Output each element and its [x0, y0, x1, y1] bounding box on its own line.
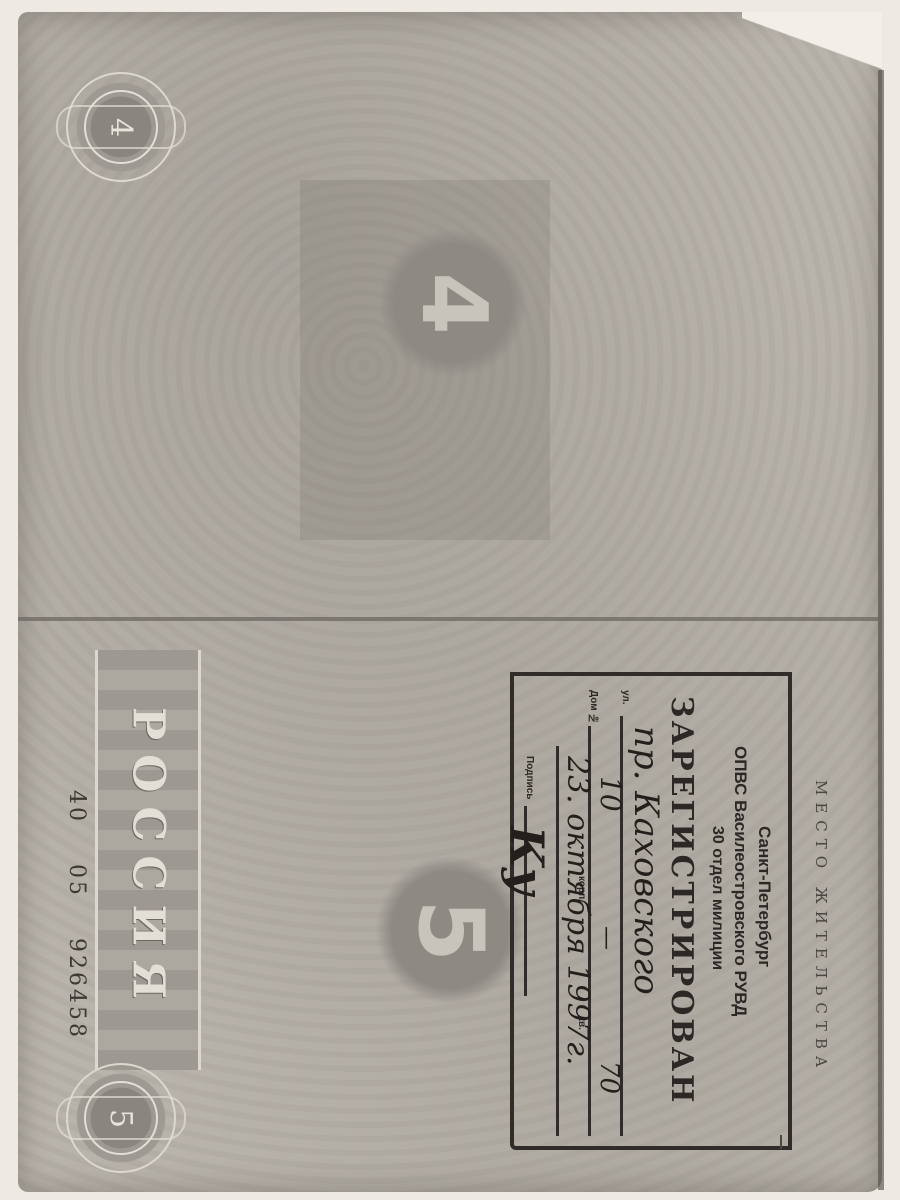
page-number-medallion-bottom: 5	[66, 1063, 176, 1173]
series-b: 05	[64, 864, 89, 898]
passport-series-number: 40 05 926458	[64, 790, 89, 1060]
stamp-department: ОПВС Василеостровского РУВД	[730, 746, 750, 1016]
section-title: МЕСТО ЖИТЕЛЬСТВА	[812, 780, 830, 1100]
handwritten-street: пр. Каховского	[626, 726, 666, 995]
date-line	[556, 746, 559, 1136]
label-house: Дом №	[588, 690, 599, 724]
page-number-medallion-top: 4	[66, 72, 176, 182]
page-edge	[878, 70, 884, 1190]
series-a: 40	[64, 790, 89, 824]
handwritten-house: 10	[594, 776, 627, 812]
label-signature: Подпись	[524, 756, 535, 799]
handwritten-building: —	[594, 926, 622, 950]
passport-spine-fold	[18, 617, 882, 621]
signature: Ку	[500, 826, 554, 895]
handwritten-apartment: 70	[594, 1061, 624, 1094]
stamp-city: Санкт-Петербург	[754, 826, 774, 967]
ornament-band: РОССИЯ	[95, 650, 201, 1070]
handwritten-date: 23. октября 1997г.	[560, 756, 595, 1066]
page-number-top: 4	[104, 117, 139, 136]
label-street: ул.	[620, 690, 631, 705]
ink-mark	[780, 1135, 782, 1149]
passport-number: 926458	[64, 938, 89, 1040]
ornament-text: РОССИЯ	[123, 707, 174, 1013]
watermark-page-number-top: 4	[378, 228, 528, 378]
registration-stamp: Санкт-Петербург ОПВС Василеостровского Р…	[510, 672, 792, 1150]
stamp-subdivision: 30 отдел милиции	[708, 826, 726, 970]
page-number-bottom: 5	[104, 1108, 139, 1127]
page-corner	[742, 12, 882, 102]
stamp-heading: ЗАРЕГИСТРИРОВАН	[664, 696, 699, 1105]
